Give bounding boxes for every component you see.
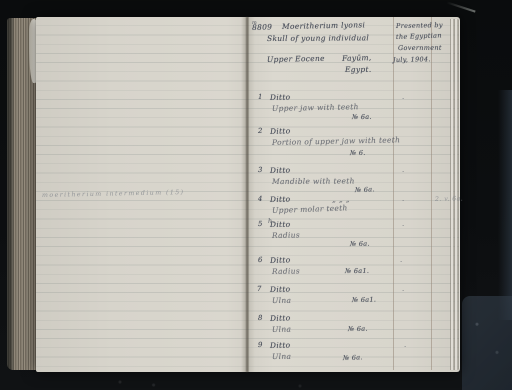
entry-number: 2 xyxy=(258,128,263,135)
entry-description: Upper jaw with teeth xyxy=(272,103,359,112)
donor-line-3: Government xyxy=(398,45,442,52)
entry-name: Ditto xyxy=(270,221,291,229)
pencil-annotation: moeritherium intermedium (15) xyxy=(42,190,185,199)
check-mark: · xyxy=(402,169,404,176)
entry-description: Portion of upper jaw with teeth xyxy=(272,136,400,146)
entry-number: 1 xyxy=(258,94,263,101)
entry-note: № 6a1. xyxy=(345,268,369,275)
entry-description: Radius xyxy=(272,267,300,275)
column-rule-left xyxy=(393,17,394,370)
entry-number: 9 xyxy=(258,342,263,349)
entry-pencil-note: 2. v. 6a. xyxy=(435,196,463,203)
entry-note: № 6a. xyxy=(350,241,370,248)
stratum: Upper Eocene xyxy=(267,55,325,64)
entry-number: 7 xyxy=(257,286,262,293)
register-number: 8809 xyxy=(252,23,273,31)
entry-note: № 6. xyxy=(350,150,366,157)
check-mark: · xyxy=(400,259,402,266)
gutter-shadow xyxy=(241,17,255,372)
entry-name: Ditto xyxy=(270,342,291,350)
entry-description: Radius xyxy=(272,231,300,239)
check-mark: · xyxy=(402,198,404,205)
open-page-spread: moeritherium intermedium (15) m 8809 Moe… xyxy=(36,17,460,372)
entry-note: № 6a1. xyxy=(352,296,376,303)
entry-ditto-marks: „ „ „ xyxy=(332,196,350,204)
entry-note: № 6a. xyxy=(348,326,368,333)
donor-line-1: Presented by xyxy=(396,22,443,29)
entry-name: Ditto xyxy=(270,196,291,204)
taxon-name: Moeritherium lyonsi xyxy=(282,21,365,30)
entry-note: № 6a. xyxy=(352,114,372,121)
locality: Fayūm, xyxy=(342,54,372,63)
entry-name: Ditto xyxy=(270,314,291,322)
entry-number: 4 xyxy=(258,196,263,203)
donor-date: July, 1904. xyxy=(393,56,431,63)
entry-name: Ditto xyxy=(270,286,291,294)
check-mark: · xyxy=(404,344,406,351)
entry-number: 3 xyxy=(258,167,263,174)
entry-note: № 6a. xyxy=(355,186,375,193)
entry-number: 5 xyxy=(258,221,263,228)
check-mark: · xyxy=(402,223,404,230)
donor-line-2: the Egyptian xyxy=(396,32,442,40)
entry-description: Upper molar teeth xyxy=(272,204,348,214)
check-mark: · xyxy=(402,288,404,295)
specimen-description: Skull of young individual xyxy=(267,34,369,42)
entry-number: 6 xyxy=(258,257,263,264)
entry-name: Ditto xyxy=(270,167,291,175)
gutter-crease-line xyxy=(246,17,248,372)
entry-description: Ulna xyxy=(272,326,291,334)
entry-name: Ditto xyxy=(270,127,291,135)
entry-note: № 6a. xyxy=(343,354,363,361)
entry-name: Ditto xyxy=(270,94,291,102)
entry-number: 8 xyxy=(258,315,263,322)
entry-description: Ulna xyxy=(272,297,291,305)
column-rule-right xyxy=(431,17,432,370)
book-cover-corner xyxy=(462,296,512,390)
entry-name: Ditto xyxy=(270,256,291,264)
photographed-register-book: moeritherium intermedium (15) m 8809 Moe… xyxy=(0,0,512,390)
check-mark: · xyxy=(402,96,404,103)
country: Egypt. xyxy=(345,66,372,74)
entry-description: Mandible with teeth xyxy=(272,177,355,185)
entry-description: Ulna xyxy=(272,353,291,361)
book-cover-cloth-strip xyxy=(498,90,512,320)
